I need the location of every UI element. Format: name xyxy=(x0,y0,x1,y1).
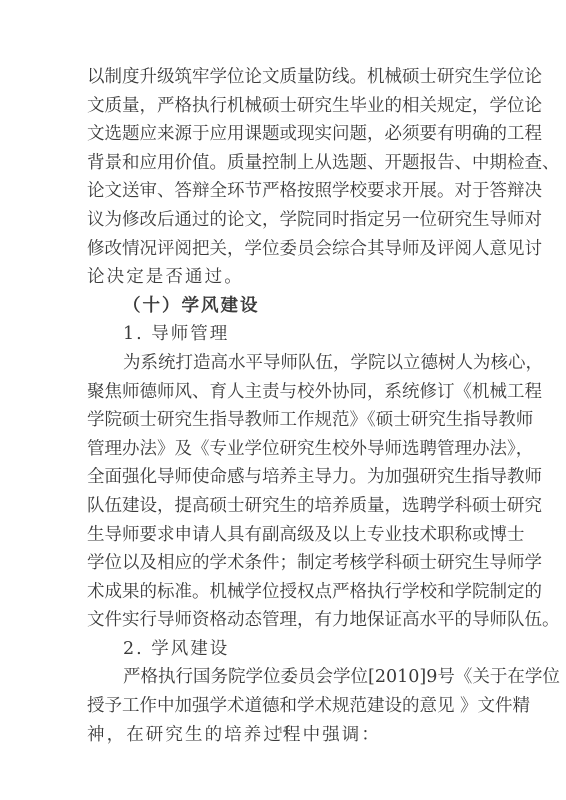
text-line: 文质量，严格执行机械硕士研究生毕业的相关规定，学位论 xyxy=(87,92,479,121)
text-line: 议为修改后通过的论文，学院同时指定另一位研究生导师对 xyxy=(87,206,479,235)
text-line: 以制度升级筑牢学位论文质量防线。机械硕士研究生学位论 xyxy=(87,63,479,92)
subsection-heading: 1. 导师管理 xyxy=(87,320,479,349)
text-line: 队伍建设，提高硕士研究生的培养质量，选聘学科硕士研究 xyxy=(87,492,479,521)
text-line: 聚焦师德师风、育人主责与校外协同，系统修订《机械工程 xyxy=(87,378,479,407)
text-line: 论决定是否通过。 xyxy=(87,263,479,292)
page-number: 14 xyxy=(0,725,566,735)
document-body: 以制度升级筑牢学位论文质量防线。机械硕士研究生学位论 文质量，严格执行机械硕士研… xyxy=(87,63,479,749)
text-line: 修改情况评阅把关，学位委员会综合其导师及评阅人意见讨 xyxy=(87,235,479,264)
section-heading: （十）学风建设 xyxy=(87,292,479,321)
text-line: 生导师要求申请人具有副高级及以上专业技术职称或博士 xyxy=(87,521,479,550)
text-line: 文选题应来源于应用课题或现实问题，必须要有明确的工程 xyxy=(87,120,479,149)
text-line: 学位以及相应的学术条件；制定考核学科硕士研究生导师学 xyxy=(87,549,479,578)
text-line: 文件实行导师资格动态管理，有力地保证高水平的导师队伍。 xyxy=(87,606,479,635)
text-line: 授予工作中加强学术道德和学术规范建设的意见 》文件精 xyxy=(87,692,479,721)
text-line: 为系统打造高水平导师队伍，学院以立德树人为核心， xyxy=(87,349,479,378)
document-page: 以制度升级筑牢学位论文质量防线。机械硕士研究生学位论 文质量，严格执行机械硕士研… xyxy=(0,0,566,800)
text-line: 术成果的标准。机械学位授权点严格执行学校和学院制定的 xyxy=(87,578,479,607)
text-line: 背景和应用价值。质量控制上从选题、开题报告、中期检查、 xyxy=(87,149,479,178)
text-line: 论文送审、答辩全环节严格按照学校要求开展。对于答辩决 xyxy=(87,177,479,206)
text-line: 管理办法》及《专业学位研究生校外导师选聘管理办法》， xyxy=(87,435,479,464)
text-line: 全面强化导师使命感与培养主导力。为加强研究生指导教师 xyxy=(87,463,479,492)
text-line: 严格执行国务院学位委员会学位[2010]9号《关于在学位 xyxy=(87,663,479,692)
text-line: 学院硕士研究生指导教师工作规范》《硕士研究生指导教师 xyxy=(87,406,479,435)
subsection-heading: 2. 学风建设 xyxy=(87,635,479,664)
